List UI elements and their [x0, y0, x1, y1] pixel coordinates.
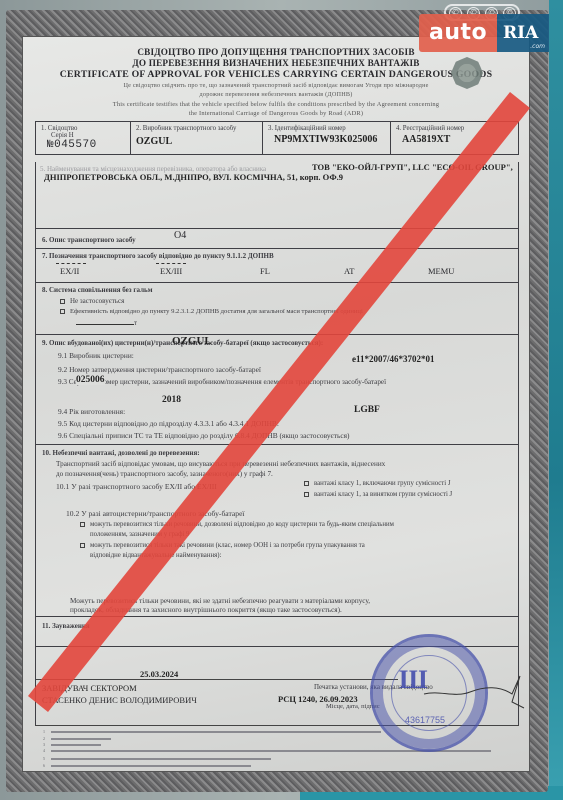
- checkbox-icon: [60, 309, 65, 314]
- class1-including-j: вантажі класу 1, включаючи групу сумісно…: [304, 480, 451, 487]
- signature-scribble: [420, 672, 530, 712]
- selected-mark: [156, 263, 186, 264]
- statement-ua-1: Це свідоцтво свідчить про те, що зазначе…: [23, 82, 529, 89]
- signer-name: СТАСЕНКО ДЕНИС ВОЛОДИМИРОВИЧ: [42, 695, 197, 705]
- certificate-number: №045570: [41, 139, 125, 151]
- issue-date: 25.03.2024: [140, 669, 178, 679]
- selected-mark: [56, 263, 86, 264]
- checkbox-icon: [80, 543, 85, 548]
- field-carrier: 5. Найменування та місцезнаходження пере…: [35, 162, 519, 229]
- designation-at: AT: [344, 266, 354, 276]
- braking-option-not-applicable: Не застосовується: [60, 297, 124, 305]
- field-registration: 4. Реєстраційний номер AA5819XT: [391, 122, 519, 155]
- year-of-manufacture: 2018: [162, 395, 181, 405]
- tank-approval-number: e11*2007/46*3702*01: [352, 354, 435, 364]
- signer-title: ЗАВІДУВАЧ СЕКТОРОМ: [42, 683, 137, 693]
- divider: [36, 679, 398, 680]
- checkbox-icon: [60, 299, 65, 304]
- carrier-name: ТОВ "ЕКО-ОЙЛ-ГРУП", LLC "ECO-OIL GROUP",: [312, 162, 513, 172]
- checkbox-icon: [80, 522, 85, 527]
- mass-blank: т: [76, 319, 137, 327]
- field-certificate: 1. Свідоцтво Серія Н №045570: [36, 122, 131, 155]
- tank-option-code: можуть перевозитися тільки речовини, доз…: [80, 521, 394, 528]
- checkbox-icon: [304, 481, 309, 486]
- designation-ex-iii: EX/III: [160, 266, 182, 276]
- field-vehicle-description: 6. Опис транспортного засобу O4: [35, 229, 519, 249]
- field-braking-system: 8. Система сповільнення без гальм Не зас…: [35, 283, 519, 335]
- statement-ua-2: дорожнє перевезення небезпечних вантажів…: [23, 91, 529, 98]
- braking-option-efficiency: Ефективність відповідно до пункту 9.2.3.…: [60, 308, 363, 315]
- field-vin: 3. Ідентифікаційний номер NP9MXTIW93K025…: [263, 122, 391, 155]
- background-edge: [549, 0, 563, 800]
- designation-memu: MEMU: [428, 266, 454, 276]
- tank-code: LGBF: [354, 405, 380, 415]
- field-manufacturer: 2. Виробник транспортного засобу OZGUL: [131, 122, 263, 155]
- statement-en-2: the International Carriage of Dangerous …: [23, 110, 529, 117]
- field-tank-description: 9. Опис вбудованої(их) цистерни(н)/транс…: [35, 335, 519, 445]
- field-vehicle-designation: 7. Позначення транспортного засобу відпо…: [35, 249, 519, 283]
- designation-ex-ii: EX/II: [60, 266, 79, 276]
- class1-excluding-j: вантажі класу 1, за винятком групи суміс…: [304, 491, 452, 498]
- autoria-watermark-logo: auto RIA.com: [419, 14, 549, 52]
- field-dangerous-goods: 10. Небезпечні вантажі, дозволені до пер…: [35, 445, 519, 617]
- checkbox-icon: [304, 492, 309, 497]
- carrier-address: ДНІПРОПЕТРОВСЬКА ОБЛ., М.ДНІПРО, ВУЛ. КО…: [44, 172, 343, 182]
- statement-en-1: This certificate testifies that the vehi…: [23, 101, 529, 108]
- tank-option-specific: можуть перевозитися тільки такі речовини…: [80, 542, 365, 549]
- designation-fl: FL: [260, 266, 270, 276]
- fields-1-4: 1. Свідоцтво Серія Н №045570 2. Виробник…: [35, 121, 519, 155]
- title-ua-line-2: ДО ПЕРЕВЕЗЕННЯ ВИЗНАЧЕНИХ НЕБЕЗПЕЧНИХ ВА…: [23, 58, 529, 68]
- tank-serial-number: 025006: [76, 375, 105, 385]
